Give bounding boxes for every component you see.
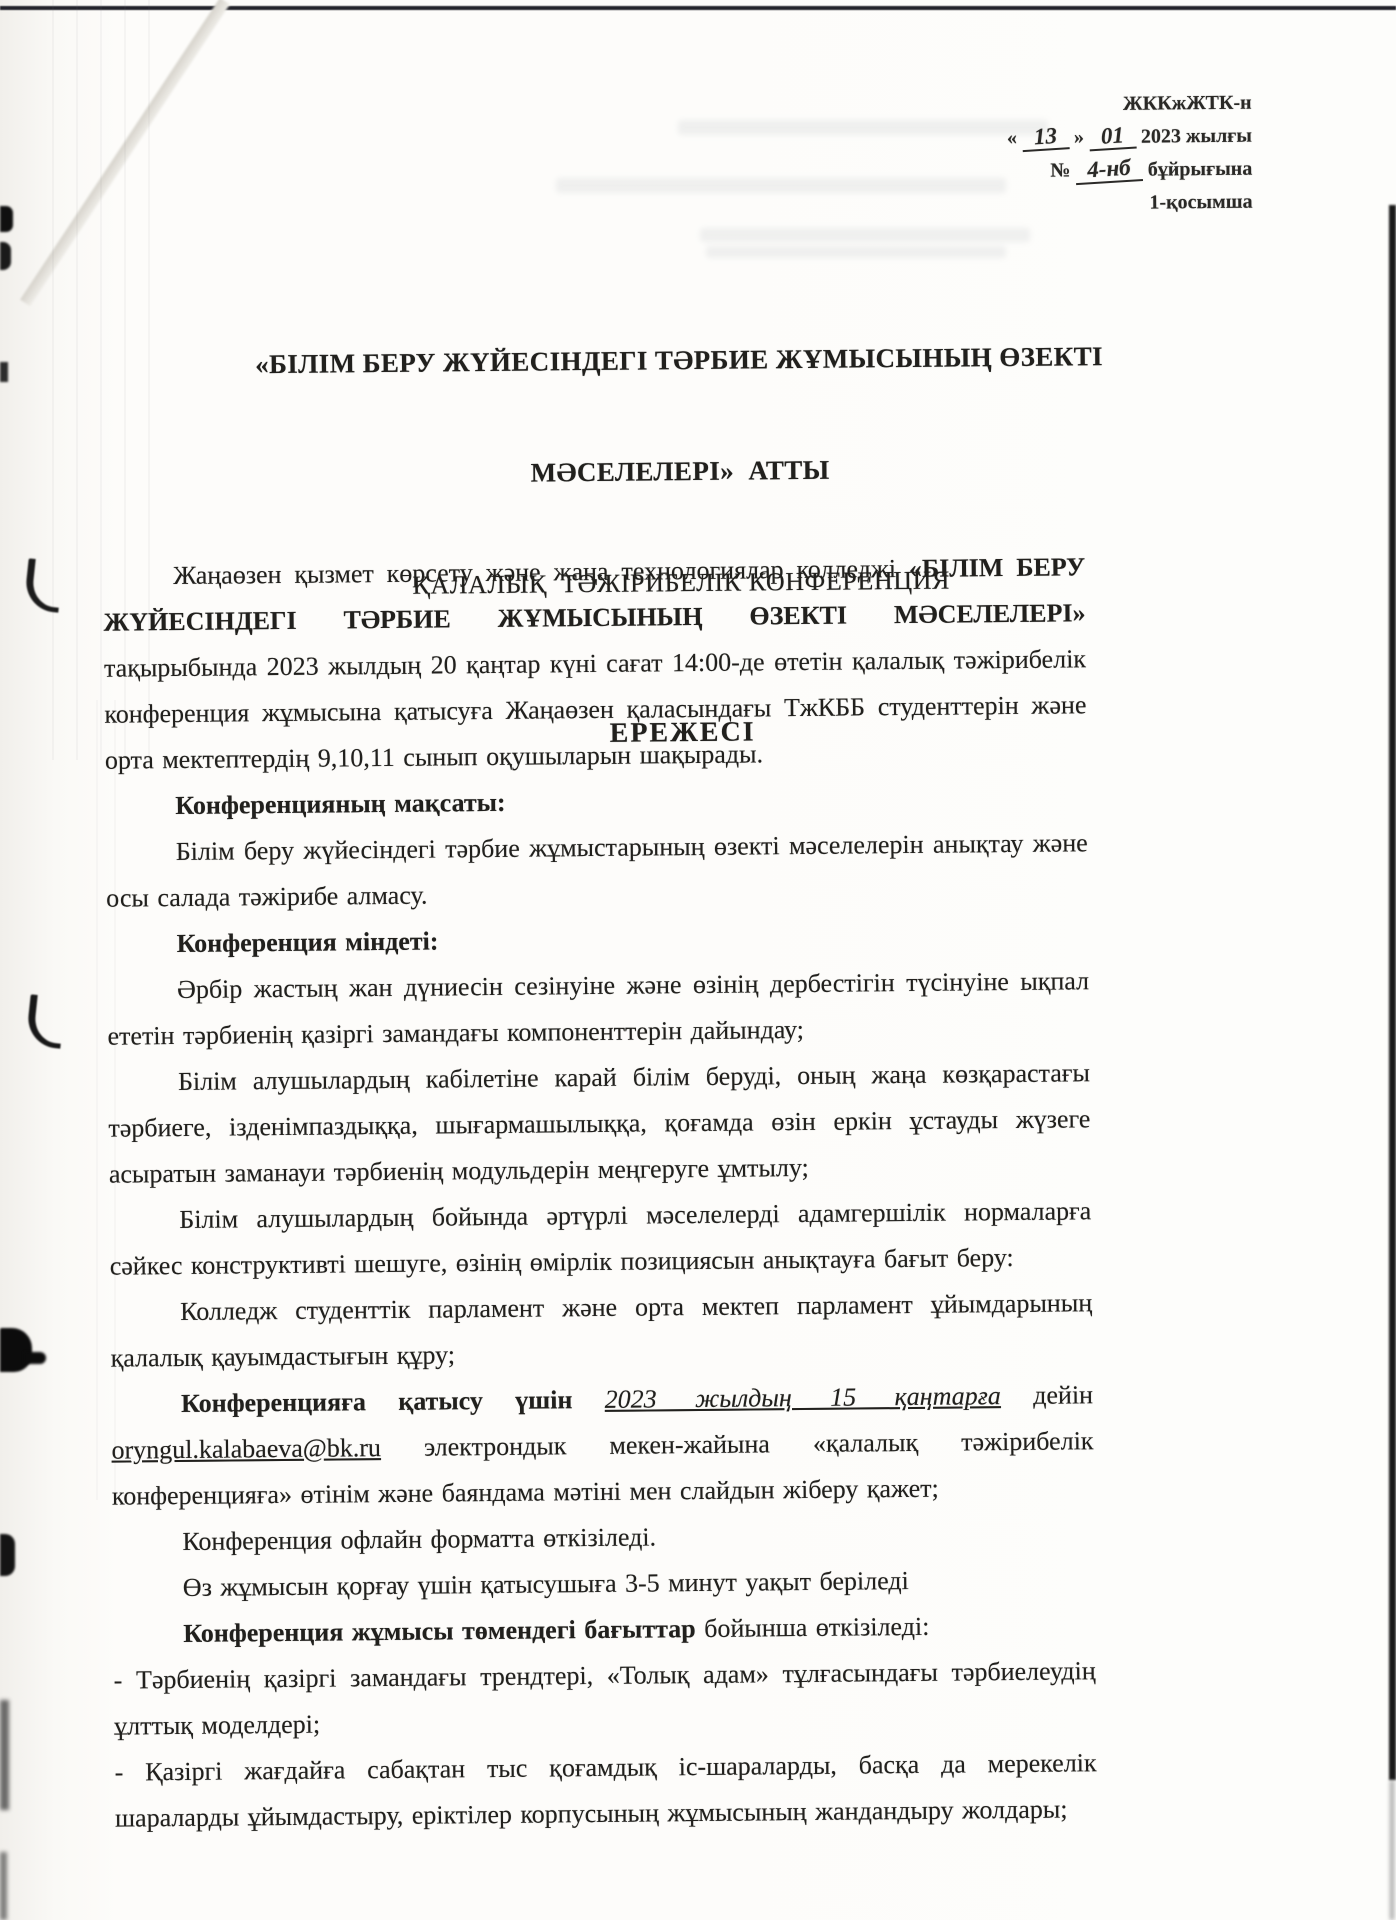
text-segment: oryngul.kalabaeva@bk.ru bbox=[111, 1433, 381, 1465]
title-line-2: МӘСЕЛЕЛЕРІ» АТТЫ bbox=[87, 447, 1273, 495]
document-content: ЖККжЖТК-н« 13 » 01 2023 жылғы№ 4-нб бұйр… bbox=[0, 0, 1396, 1920]
text-segment: - Қазіргі жағдайға сабақтан тыс қоғамдық… bbox=[114, 1748, 1096, 1832]
paragraph: Колледж студенттік парламент және орта м… bbox=[110, 1280, 1093, 1381]
paragraph: Білім алушылардың кабілетіне карай білім… bbox=[108, 1050, 1091, 1197]
text-segment: Конференция міндеті: bbox=[177, 926, 439, 958]
text-segment: Конференция жұмысы төмендегі бағыттар bbox=[183, 1614, 696, 1648]
text-segment: Конференцияға қатысу үшін bbox=[181, 1385, 605, 1418]
text-segment: 4-нб bbox=[1075, 155, 1144, 185]
ink-smudge-artifact bbox=[0, 1700, 9, 1810]
text-segment: Жаңаөзен қызмет көрсету және жаңа технол… bbox=[173, 554, 909, 590]
text-segment: Конференцияның мақсаты: bbox=[175, 788, 506, 820]
paragraph: Конференцияға қатысу үшін 2023 жылдың 15… bbox=[111, 1372, 1094, 1519]
text-segment: » bbox=[1069, 126, 1089, 148]
text-segment: Білім алушылардың бойында әртүрлі мәселе… bbox=[110, 1196, 1092, 1280]
text-segment: 1-қосымша bbox=[1149, 191, 1252, 214]
text-segment: ЖККжЖТК-н bbox=[1123, 92, 1252, 115]
title-line-1: «БІЛІМ БЕРУ ЖҮЙЕСІНДЕГІ ТӘРБИЕ ЖҰМЫСЫНЫҢ… bbox=[86, 336, 1272, 384]
text-segment: Колледж студенттік парламент және орта м… bbox=[110, 1288, 1092, 1372]
scanned-document-page: ЖККжЖТК-н« 13 » 01 2023 жылғы№ 4-нб бұйр… bbox=[0, 0, 1396, 1920]
text-segment: бойынша өткізіледі: bbox=[696, 1612, 930, 1643]
order-org-abbrev: ЖККжЖТК-н bbox=[931, 87, 1251, 123]
text-segment: 2023 жылдың 15 қаңтарға bbox=[605, 1381, 1001, 1414]
paragraph: - Қазіргі жағдайға сабақтан тыс қоғамдық… bbox=[114, 1740, 1097, 1841]
paragraph: Білім беру жүйесіндегі тәрбие жұмыстарын… bbox=[106, 820, 1089, 921]
ink-smudge-artifact bbox=[0, 1852, 7, 1920]
paragraph: - Тәрбиенің қазіргі замандағы трендтері,… bbox=[114, 1648, 1097, 1749]
text-segment: 2023 жылғы bbox=[1136, 125, 1252, 148]
text-segment: - Тәрбиенің қазіргі замандағы трендтері,… bbox=[114, 1656, 1096, 1740]
text-segment: Әрбір жастың жан дүниесін сезінуіне және… bbox=[107, 966, 1089, 1050]
text-segment: бұйрығына bbox=[1143, 158, 1253, 181]
text-segment: Конференция офлайн форматта өткізіледі. bbox=[182, 1522, 656, 1556]
text-segment: « bbox=[1007, 127, 1022, 149]
text-segment: тақырыбында 2023 жылдың 20 қаңтар күні с… bbox=[104, 644, 1087, 774]
text-segment: № bbox=[1050, 159, 1075, 181]
text-segment: 01 bbox=[1088, 123, 1137, 152]
paragraph: Әрбір жастың жан дүниесін сезінуіне және… bbox=[107, 958, 1090, 1059]
text-segment: Өз жұмысын қорғау үшін қатысушыға 3-5 ми… bbox=[183, 1566, 909, 1602]
order-date-line: « 13 » 01 2023 жылғы bbox=[932, 120, 1252, 156]
paragraph: Білім алушылардың бойында әртүрлі мәселе… bbox=[109, 1188, 1092, 1289]
order-number-line: № 4-нб бұйрығына bbox=[932, 153, 1252, 189]
paragraph: Жаңаөзен қызмет көрсету және жаңа технол… bbox=[103, 544, 1087, 783]
text-segment: Білім алушылардың кабілетіне карай білім… bbox=[108, 1058, 1090, 1188]
text-segment: дейін bbox=[1001, 1380, 1093, 1410]
order-appendix-line: 1-қосымша bbox=[932, 186, 1252, 222]
document-body: Жаңаөзен қызмет көрсету және жаңа технол… bbox=[103, 544, 1097, 1841]
text-segment: Білім беру жүйесіндегі тәрбие жұмыстарын… bbox=[106, 828, 1088, 912]
order-reference-block: ЖККжЖТК-н« 13 » 01 2023 жылғы№ 4-нб бұйр… bbox=[931, 87, 1252, 222]
text-segment: 13 bbox=[1021, 123, 1070, 152]
